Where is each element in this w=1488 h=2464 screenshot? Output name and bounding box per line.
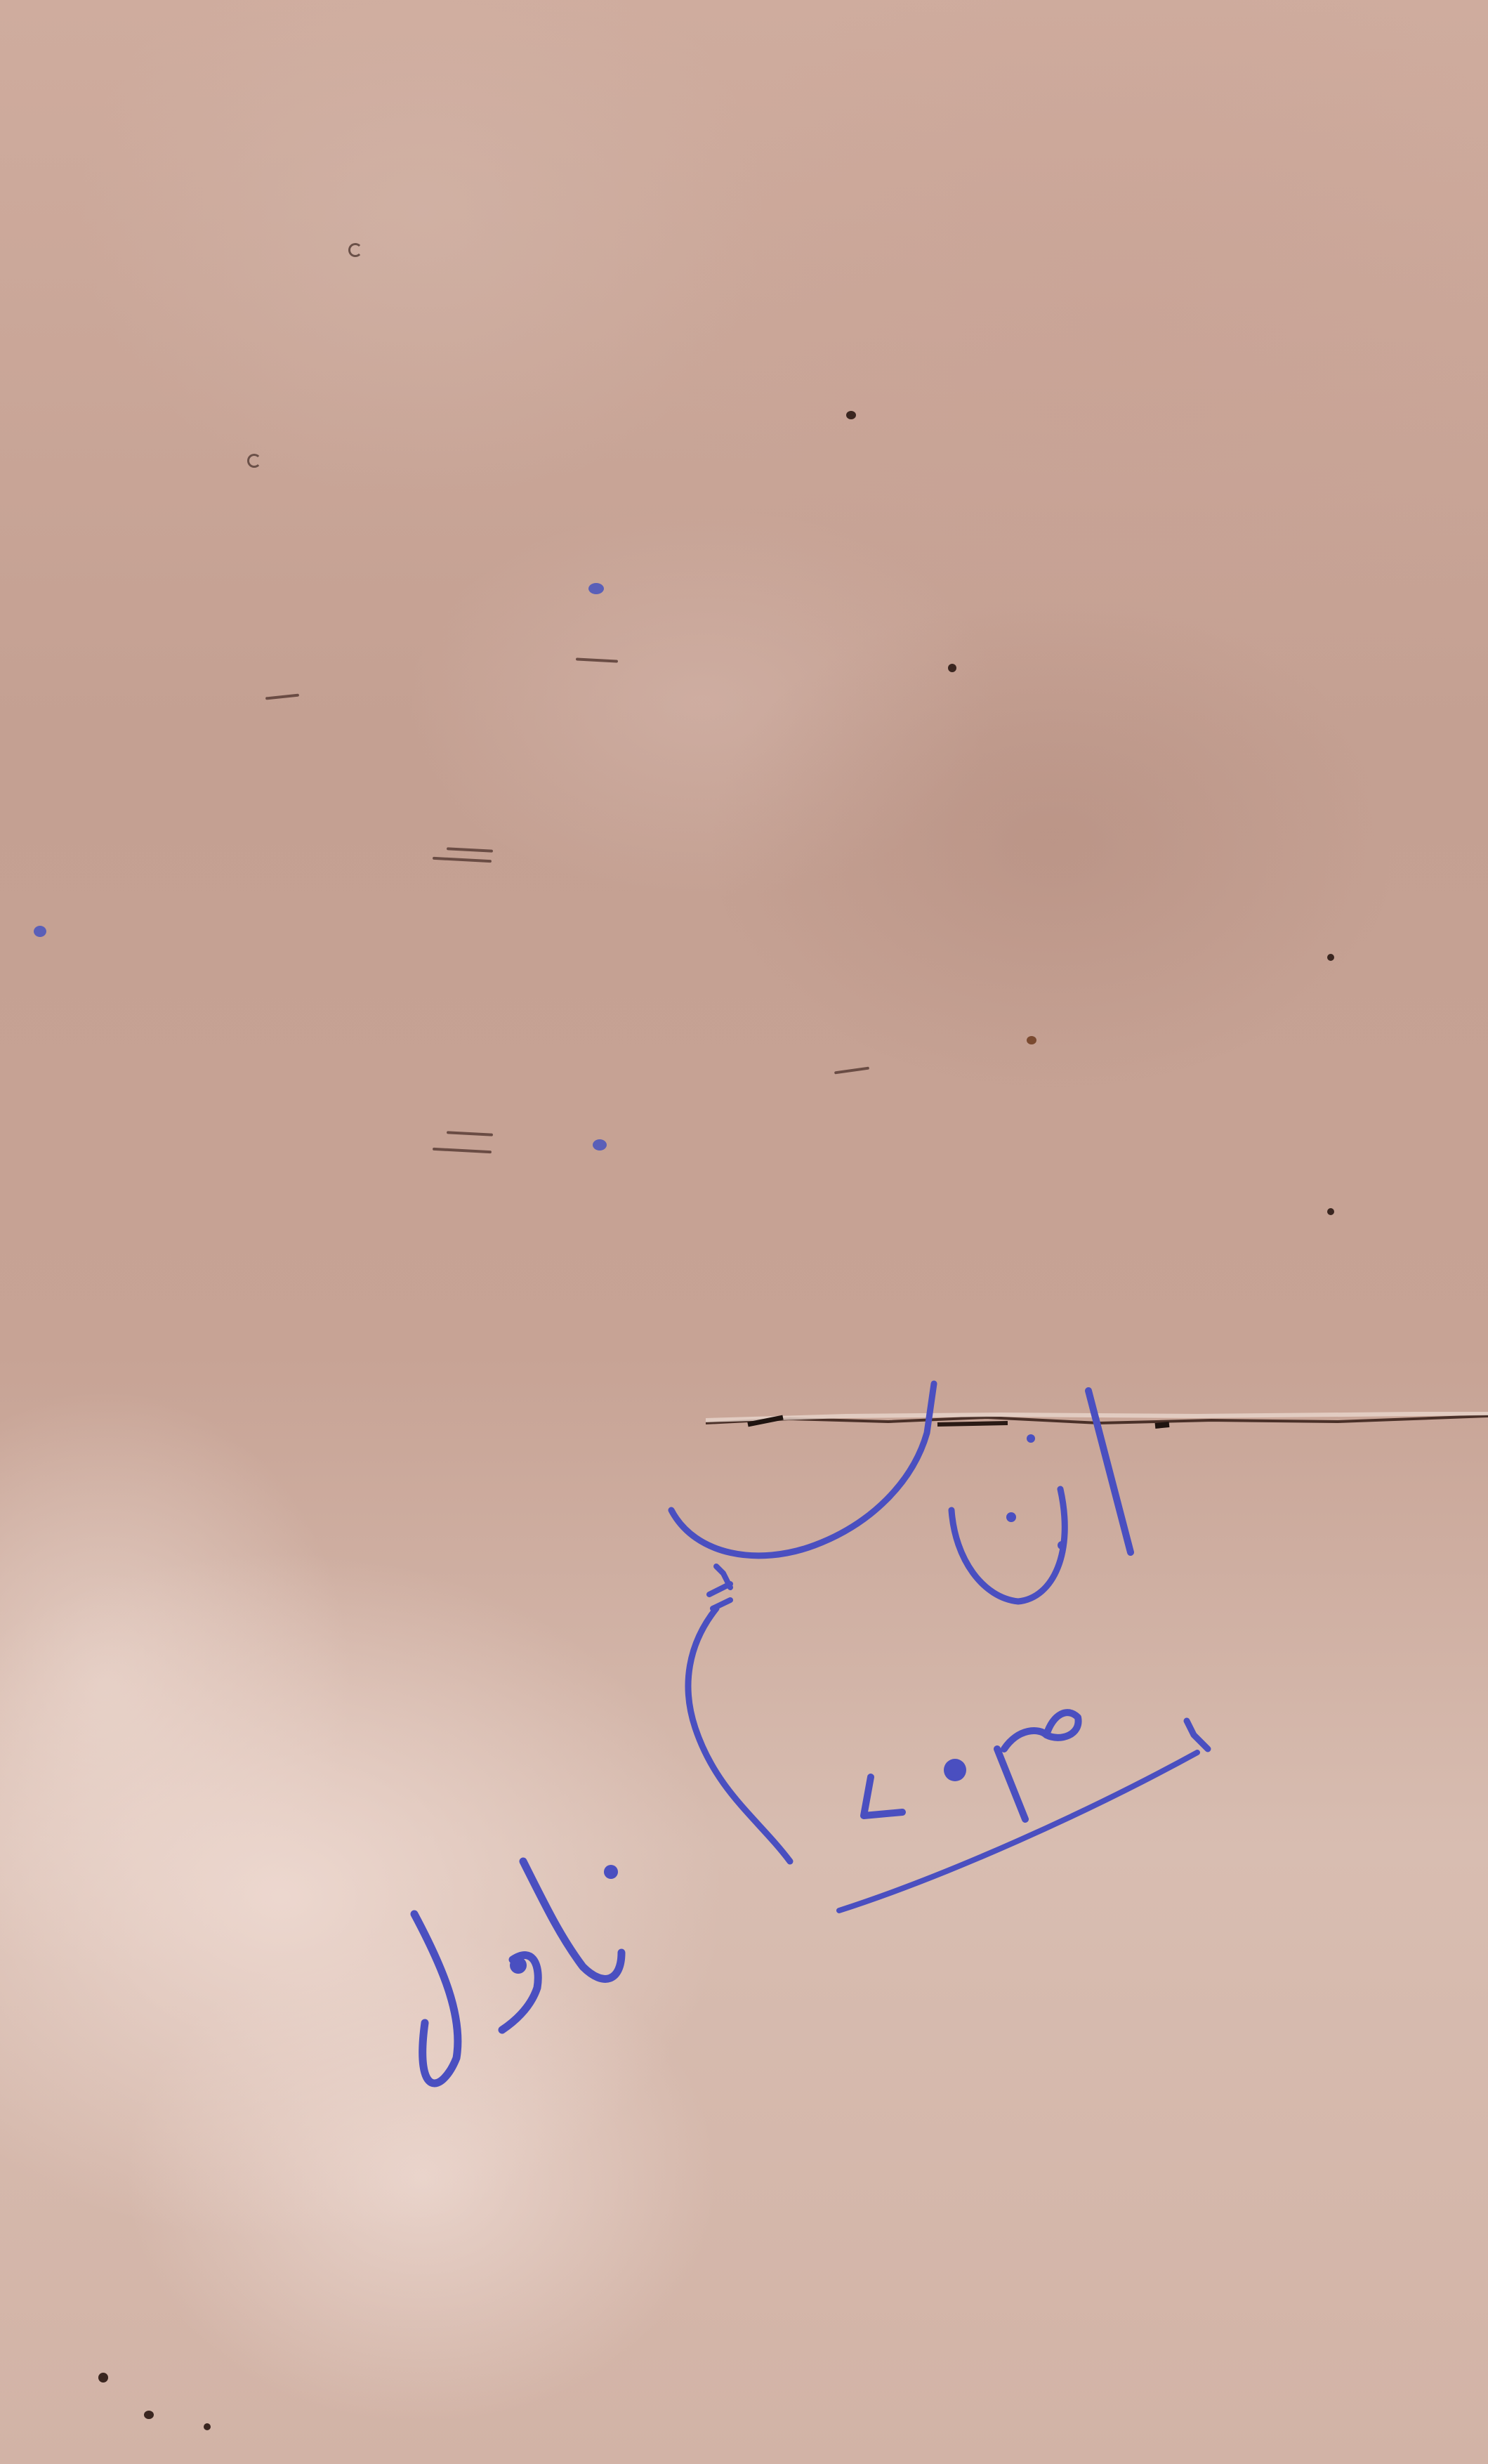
handwritten-annotations bbox=[0, 0, 1488, 2464]
catalog-mark bbox=[671, 1384, 1208, 1911]
genre-label-novel bbox=[414, 1861, 621, 2083]
aged-paper-page: ا ن ع ۲۰۳ ناول bbox=[0, 0, 1488, 2464]
